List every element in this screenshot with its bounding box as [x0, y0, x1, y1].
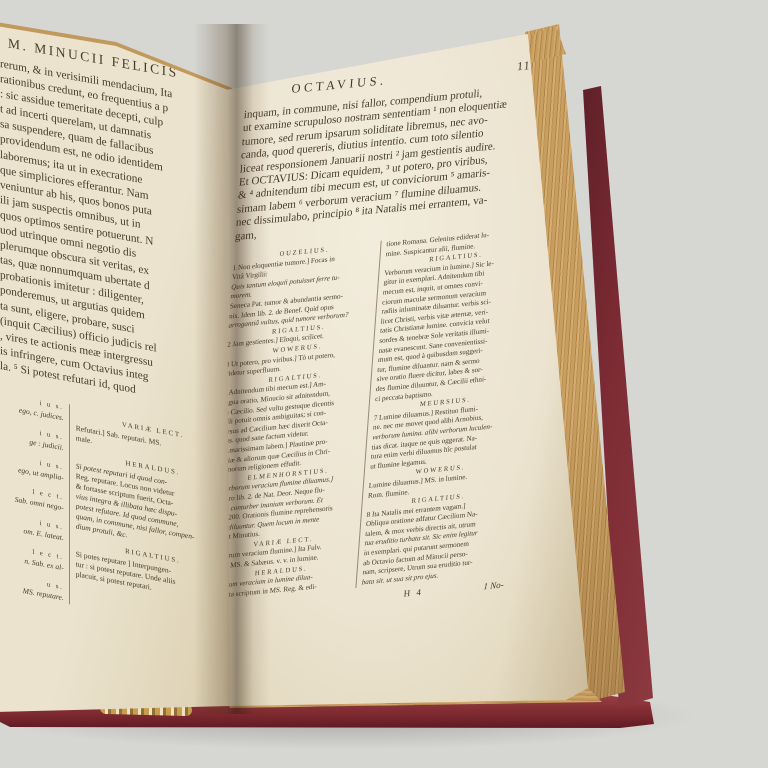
- left-main-text: rerum, & in verisimili mendacium, Itarat…: [0, 57, 230, 415]
- left-footnote-area: i u s.ego, c. judices.i u s.ge : judicii…: [0, 392, 230, 633]
- right-footnote-area: OUZELIUS.1 Non eloquentiæ tumore.] Focas…: [208, 227, 529, 602]
- signature-mark: H 4: [403, 587, 423, 599]
- left-footnote-column-1: i u s.ego, c. judices.i u s.ge : judicii…: [0, 392, 69, 604]
- left-page-content: M. MINUCII FELICIS rerum, & in verisimil…: [0, 34, 230, 633]
- right-main-text: inquam, in commune, nisi fallor, compend…: [234, 82, 540, 244]
- right-page-content: OCTAVIUS. 119 inquam, in commune, nisi f…: [207, 59, 542, 621]
- right-footnote-column-1: OUZELIUS.1 Non eloquentiæ tumore.] Focas…: [208, 241, 375, 602]
- left-footnote-column-2: VARIÆ LECT.Refutari.] Sab. reputari. MS.…: [70, 404, 230, 632]
- left-page: M. MINUCII FELICIS rerum, & in verisimil…: [0, 20, 240, 720]
- book-photo: M. MINUCII FELICIS rerum, & in verisimil…: [0, 0, 768, 768]
- right-running-head: OCTAVIUS.: [291, 73, 387, 97]
- catchword: 1 No-: [483, 580, 504, 592]
- right-footnote-column-2: tione Romana. Gelenius ediderat lu-mine.…: [361, 227, 528, 588]
